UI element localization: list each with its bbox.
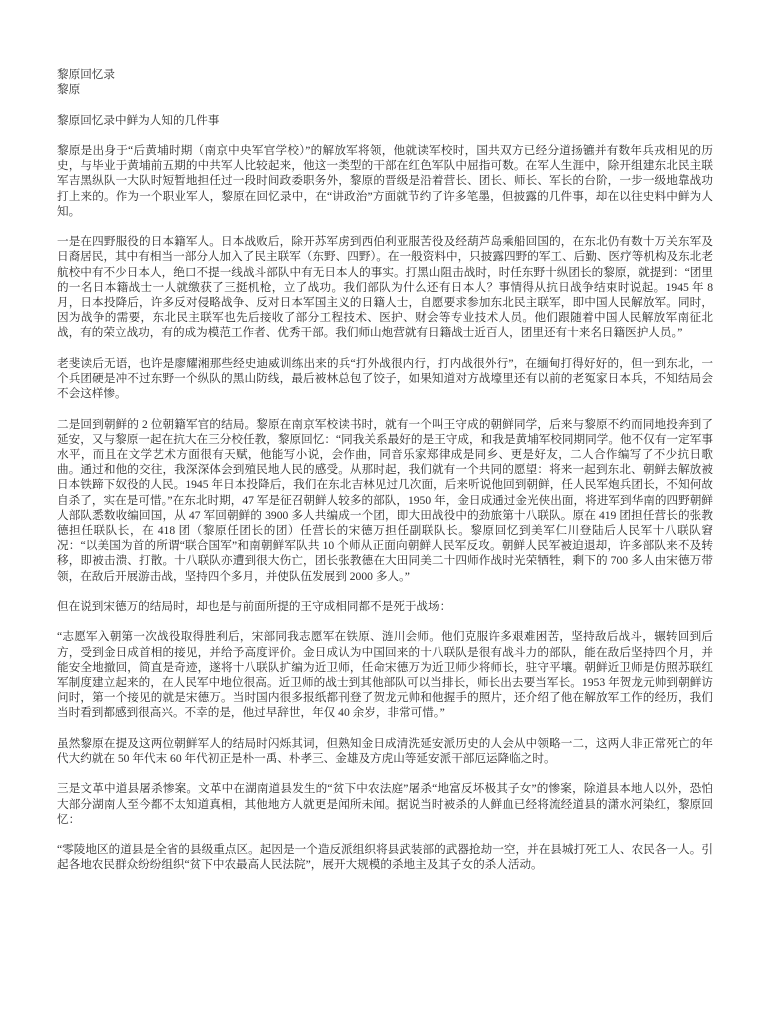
paragraph-guard-division-quote: “志愿军入朝第一次战役取得胜利后，宋部同我志愿军在铁原、涟川会师。他们克服许多艰… — [57, 629, 713, 720]
paragraph-commentary-1: 老斐读后无语，也许是廖耀湘那些经史迪威训练出来的兵“打外战很内行，打内战很外行”… — [57, 356, 713, 402]
paragraph-song-dewan-fate: 但在说到宋德万的结局时，却也是与前面所提的王守成相同都不是死于战场： — [57, 599, 713, 614]
document-page: 黎原回忆录 黎原 黎原回忆录中鲜为人知的几件事 黎原是出身于“后黄埔时期（南京中… — [0, 0, 768, 1024]
paragraph-intro: 黎原是出身于“后黄埔时期（南京中央军官学校）”的解放军将领，他就读军校时，国共双… — [57, 143, 713, 219]
paragraph-korean-officers: 二是回到朝鲜的 2 位朝籍军官的结局。黎原在南京军校读书时，就有一个叫王守成的朝… — [57, 417, 713, 584]
paragraph-commentary-2: 虽然黎原在提及这两位朝鲜军人的结局时闪烁其词，但熟知金日成清洗延安派历史的人会从… — [57, 736, 713, 766]
paragraph-lingling-quote: “零陵地区的道县是全省的县级重点区。起因是一个造反派组织将县武装部的武器抢劫一空… — [57, 842, 713, 872]
document-title: 黎原回忆录 — [57, 67, 713, 82]
document-text-block: 黎原回忆录 黎原 黎原回忆录中鲜为人知的几件事 黎原是出身于“后黄埔时期（南京中… — [57, 67, 713, 873]
paragraph-daoxian-massacre: 三是文革中道县屠杀惨案。文革中在湖南道县发生的“贫下中农法庭”屠杀“地富反坏极其… — [57, 781, 713, 827]
paragraph-japanese-soldiers: 一是在四野服役的日本籍军人。日本战败后，除开苏军虏到西伯利亚服苦役及经葫芦岛乘船… — [57, 234, 713, 340]
document-author: 黎原 — [57, 82, 713, 97]
document-heading: 黎原回忆录中鲜为人知的几件事 — [57, 113, 713, 128]
